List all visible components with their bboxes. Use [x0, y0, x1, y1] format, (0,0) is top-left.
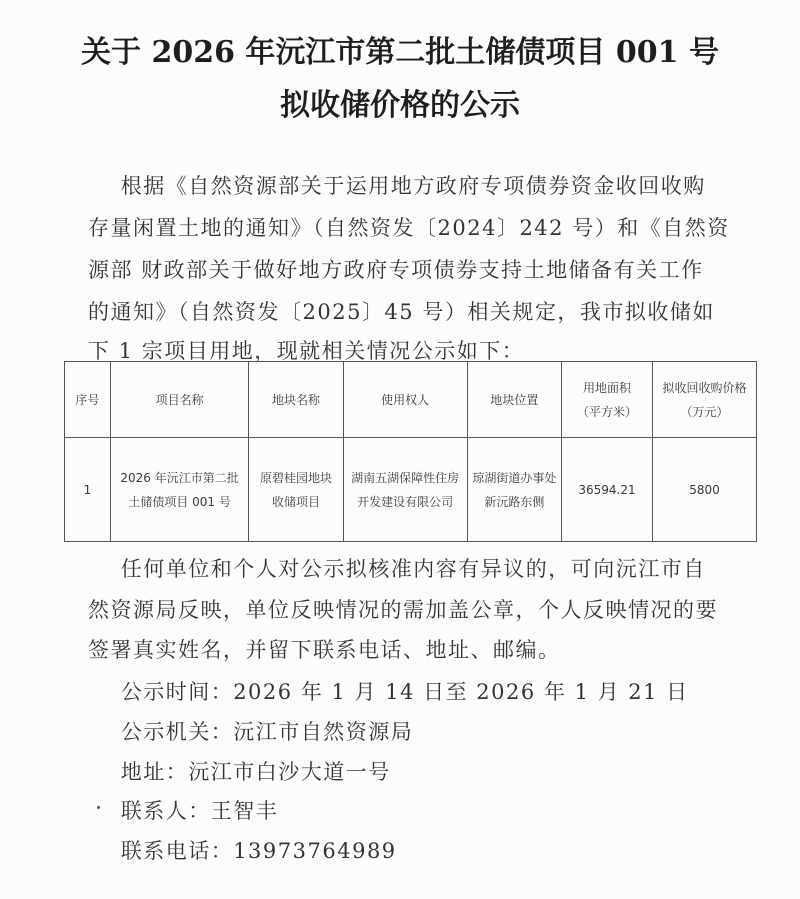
objection-line: 任何单位和个人对公示拟核准内容有异议的，可向沅江市自: [88, 553, 706, 583]
cell-text: 新沅路东侧: [470, 490, 559, 514]
header-area-label: 用地面积: [564, 376, 650, 400]
cell-location: 琼湖街道办事处 新沅路东侧: [467, 438, 561, 542]
objection-line: 签署真实姓名，并留下联系电话、地址、邮编。: [88, 634, 561, 664]
land-parcel-table: 序号 项目名称 地块名称 使用权人 地块位置 用地面积 （平方米） 拟收回收购价…: [64, 361, 757, 542]
notice-address: 地址：沅江市白沙大道一号: [88, 756, 391, 786]
objection-line: 然资源局反映，单位反映情况的需加盖公章，个人反映情况的要: [88, 594, 718, 624]
intro-line: 存量闲置土地的通知》（自然资发〔2024〕242 号）和《自然资: [88, 212, 730, 242]
header-user: 使用权人: [343, 362, 467, 438]
document-page: 关于 2026 年沅江市第二批土储债项目 001 号 拟收储价格的公示 根据《自…: [0, 0, 800, 899]
document-title-line-1: 关于 2026 年沅江市第二批土储债项目 001 号: [0, 27, 800, 71]
header-parcel-name: 地块名称: [249, 362, 343, 438]
cell-text: 开发建设有限公司: [346, 490, 465, 514]
notice-phone: 联系电话：13973764989: [88, 835, 397, 865]
notice-contact: 联系人：王智丰: [88, 795, 278, 825]
intro-line: 根据《自然资源部关于运用地方政府专项债券资金收回收购: [88, 170, 706, 200]
cell-text: 土储债项目 001 号: [113, 490, 246, 514]
cell-text: 2026 年沅江市第二批: [113, 466, 246, 490]
header-area-unit: （平方米）: [564, 400, 650, 424]
cell-text: 收储项目: [251, 490, 340, 514]
cell-area: 36594.21: [562, 438, 653, 542]
table-header-row: 序号 项目名称 地块名称 使用权人 地块位置 用地面积 （平方米） 拟收回收购价…: [65, 362, 757, 438]
header-price-unit: （万元）: [655, 400, 754, 424]
cell-project-name: 2026 年沅江市第二批 土储债项目 001 号: [110, 438, 248, 542]
cell-user: 湖南五湖保障性住房 开发建设有限公司: [343, 438, 467, 542]
intro-line: 源部 财政部关于做好地方政府专项债券支持土地储备有关工作: [88, 254, 704, 284]
header-seq: 序号: [65, 362, 111, 438]
cell-text: 琼湖街道办事处: [470, 466, 559, 490]
table-row: 1 2026 年沅江市第二批 土储债项目 001 号 原碧桂园地块 收储项目 湖…: [65, 438, 757, 542]
notice-authority: 公示机关：沅江市自然资源局: [88, 716, 413, 746]
notice-period: 公示时间：2026 年 1 月 14 日至 2026 年 1 月 21 日: [88, 676, 689, 706]
cell-text: 湖南五湖保障性住房: [346, 466, 465, 490]
cell-text: 原碧桂园地块: [251, 466, 340, 490]
cell-parcel-name: 原碧桂园地块 收储项目: [249, 438, 343, 542]
intro-line: 的通知》（自然资发〔2025〕45 号）相关规定，我市拟收储如: [88, 296, 715, 326]
document-title-line-2: 拟收储价格的公示: [0, 80, 800, 124]
cell-seq: 1: [65, 438, 111, 542]
cell-price: 5800: [652, 438, 756, 542]
header-location: 地块位置: [467, 362, 561, 438]
header-project-name: 项目名称: [110, 362, 248, 438]
header-price: 拟收回收购价格 （万元）: [652, 362, 756, 438]
header-price-label: 拟收回收购价格: [655, 376, 754, 400]
header-area: 用地面积 （平方米）: [562, 362, 653, 438]
